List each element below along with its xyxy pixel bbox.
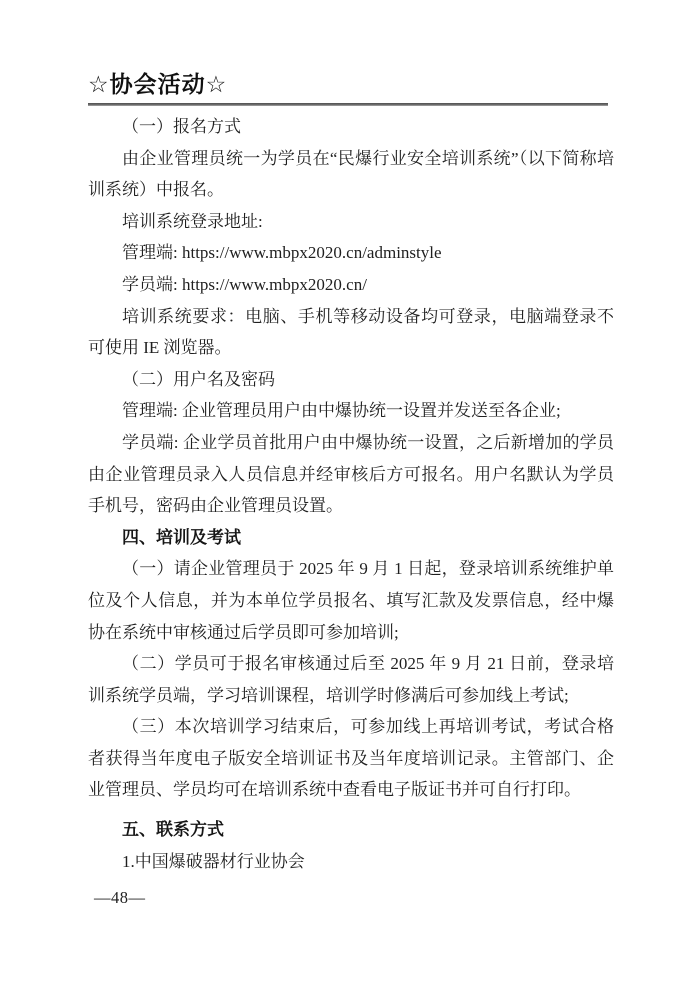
page-header-title: ☆协会活动☆ [88,70,612,98]
paragraph: 管理端: 企业管理员用户由中爆协统一设置并发送至各企业; [88,395,614,427]
paragraph: （三）本次培训学习结束后，可参加线上再培训考试，考试合格者获得当年度电子版安全培… [88,711,614,806]
header-rule [88,103,608,106]
paragraph: 1.中国爆破器材行业协会 [88,846,614,878]
paragraph: 学员端: 企业学员首批用户由中爆协统一设置，之后新增加的学员由企业管理员录入人员… [88,427,614,522]
page-header: ☆协会活动☆ [88,70,612,106]
paragraph: 学员端: https://www.mbpx2020.cn/ [88,269,614,301]
paragraph: （一）报名方式 [88,111,614,143]
paragraph: 培训系统登录地址: [88,206,614,238]
section-heading: 五、联系方式 [88,814,614,846]
page-number: —48— [94,888,146,908]
paragraph: （一）请企业管理员于 2025 年 9 月 1 日起，登录培训系统维护单位及个人… [88,553,614,648]
paragraph: （二）用户名及密码 [88,364,614,396]
paragraph: 培训系统要求：电脑、手机等移动设备均可登录，电脑端登录不可使用 IE 浏览器。 [88,301,614,364]
paragraph: （二）学员可于报名审核通过后至 2025 年 9 月 21 日前，登录培训系统学… [88,648,614,711]
paragraph: 由企业管理员统一为学员在“民爆行业安全培训系统”（以下简称培训系统）中报名。 [88,143,614,206]
document-body: （一）报名方式由企业管理员统一为学员在“民爆行业安全培训系统”（以下简称培训系统… [88,111,614,877]
section-heading: 四、培训及考试 [88,522,614,554]
document-page: ☆协会活动☆ （一）报名方式由企业管理员统一为学员在“民爆行业安全培训系统”（以… [0,0,700,990]
paragraph: 管理端: https://www.mbpx2020.cn/adminstyle [88,237,614,269]
